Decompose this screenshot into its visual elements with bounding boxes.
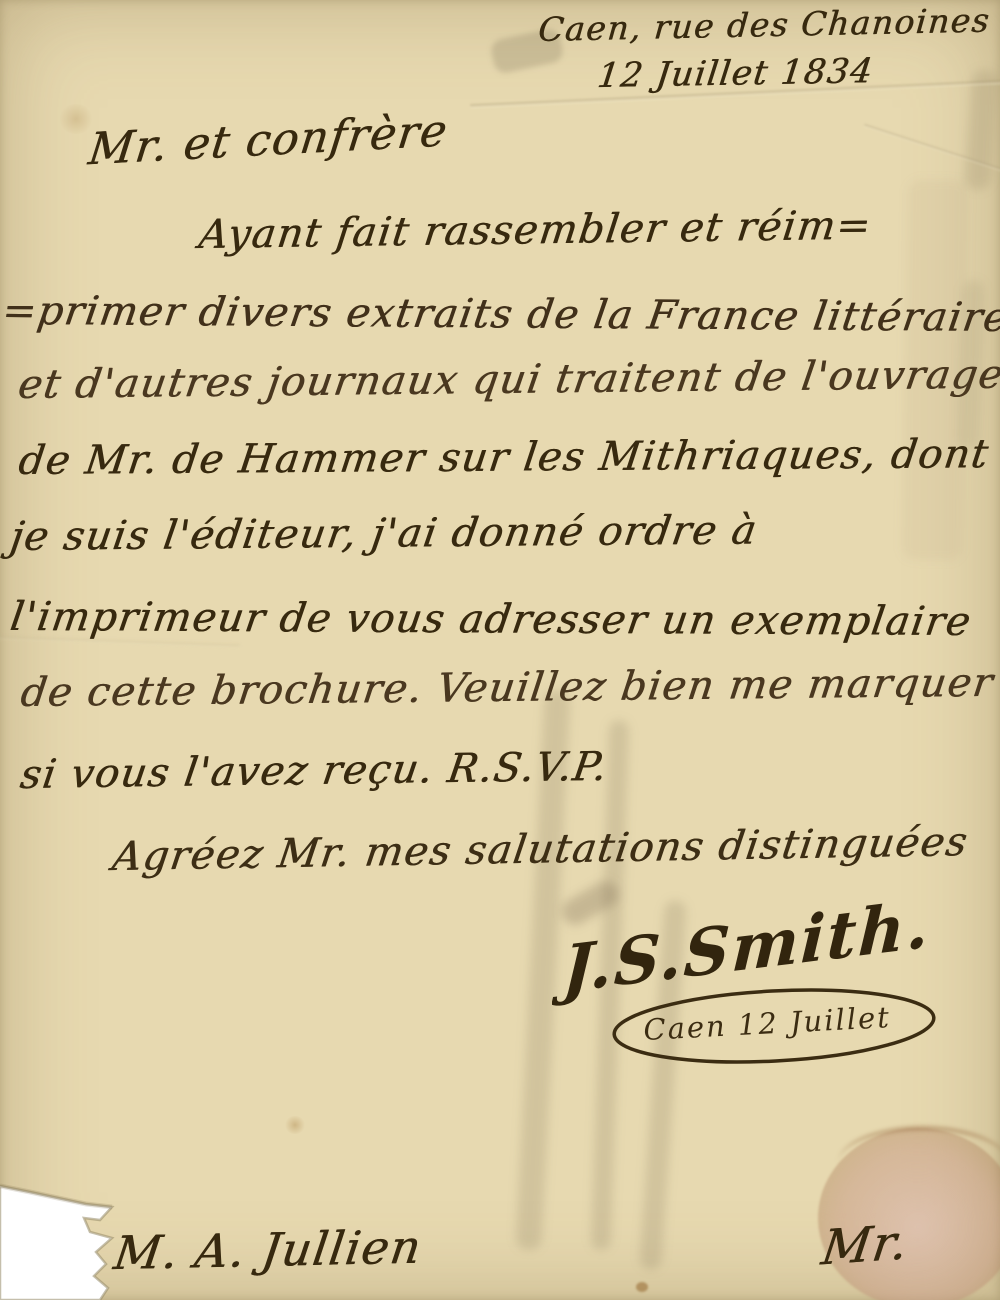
salutation: Mr. et confrère <box>86 105 451 175</box>
signature-block: J.S.Smith. Caen 12 Juillet <box>552 898 992 1078</box>
ink-bleedthrough-mark <box>964 69 998 191</box>
foxing-spot <box>58 104 94 134</box>
ink-speck <box>636 1282 648 1292</box>
signature-place-date: Caen 12 Juillet <box>643 1000 892 1047</box>
body-line: je suis l'éditeur, j'ai donné ordre à <box>7 507 761 560</box>
body-line: Ayant fait rassembler et réim= <box>196 203 874 258</box>
body-line: et d'autres journaux qui traitent de l'o… <box>15 352 1000 408</box>
water-stain-rim <box>838 1126 1000 1200</box>
heading-address: Caen, rue des Chanoines 3 <box>537 0 1000 49</box>
body-line: l'imprimeur de vous adresser un exemplai… <box>7 594 974 645</box>
footer-monsieur-abbreviation: Mr. <box>818 1214 912 1277</box>
heading-date: 12 Juillet 1834 <box>595 51 876 96</box>
body-line: de Mr. de Hammer sur les Mithriaques, do… <box>16 431 992 484</box>
foxing-spot <box>284 1116 306 1134</box>
body-line: =primer divers extraits de la France lit… <box>0 288 1000 341</box>
torn-paper-edge <box>0 1160 200 1300</box>
body-line: de cette brochure. Veuillez bien me marq… <box>18 660 996 716</box>
letter-scan-page: Caen, rue des Chanoines 3 12 Juillet 183… <box>0 0 1000 1300</box>
body-line: si vous l'avez reçu. R.S.V.P. <box>17 744 611 798</box>
closing-line: Agréez Mr. mes salutations distinguées <box>110 819 972 880</box>
